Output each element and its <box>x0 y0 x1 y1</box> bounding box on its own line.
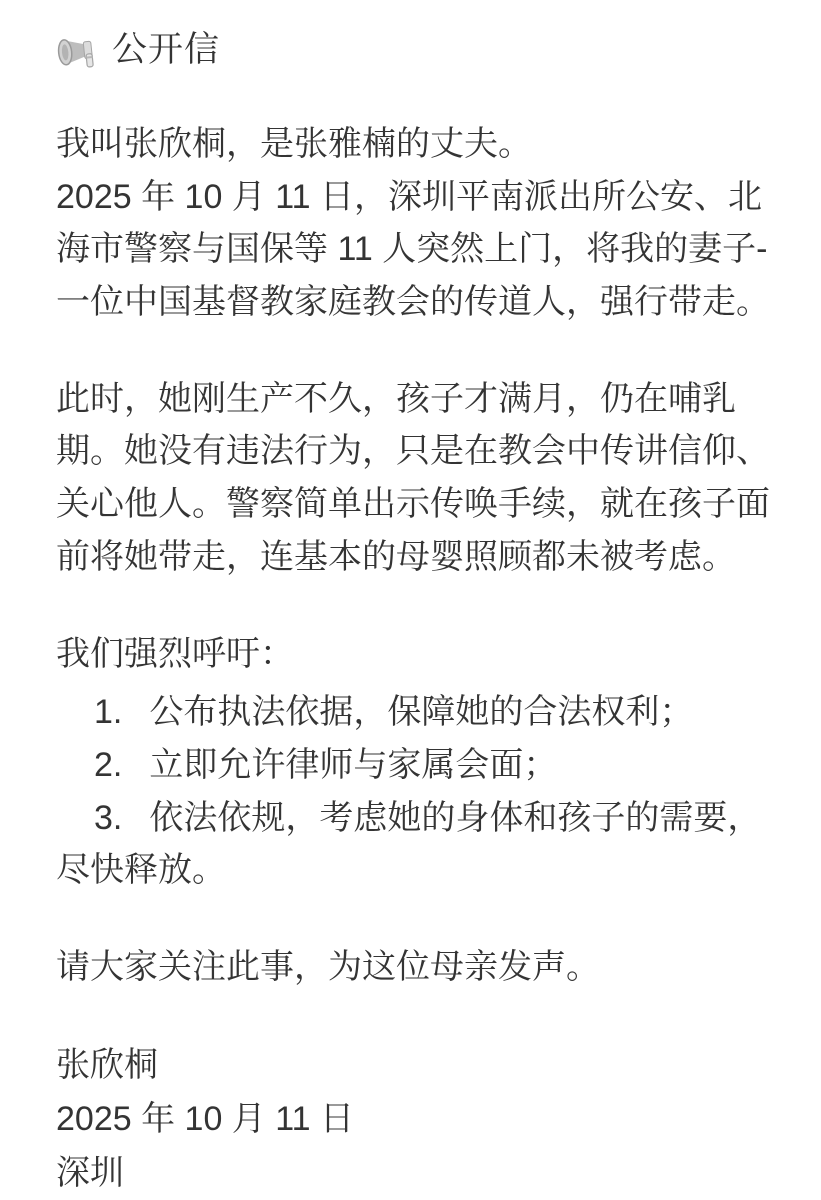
appeal-item-2: 2.立即允许律师与家属会面； <box>56 739 789 792</box>
signature-block: 张欣桐 2025 年 10 月 11 日 深圳 <box>56 1038 789 1200</box>
intro-line-2: 2025 年 10 月 11 日，深圳平南派出所公安、北海市警察与国保等 11 … <box>56 171 789 329</box>
incident-paragraph: 此时，她刚生产不久，孩子才满月，仍在哺乳期。她没有违法行为，只是在教会中传讲信仰… <box>56 373 789 584</box>
appeal-2-text: 立即允许律师与家属会面； <box>122 746 557 784</box>
appeal-2-number: 2. <box>94 746 122 784</box>
appeal-1-text: 公布执法依据，保障她的合法权利； <box>122 693 693 731</box>
appeal-item-1: 1.公布执法依据，保障她的合法权利； <box>56 686 789 739</box>
signature-name: 张欣桐 <box>56 1038 789 1092</box>
megaphone-icon <box>56 28 100 72</box>
signature-place: 深圳 <box>56 1146 789 1200</box>
intro-paragraph: 我叫张欣桐，是张雅楠的丈夫。 2025 年 10 月 11 日，深圳平南派出所公… <box>56 118 789 329</box>
open-letter-document: 公开信 我叫张欣桐，是张雅楠的丈夫。 2025 年 10 月 11 日，深圳平南… <box>0 0 821 1200</box>
appeal-1-number: 1. <box>94 693 122 731</box>
letter-title-row: 公开信 <box>56 28 789 72</box>
closing-paragraph: 请大家关注此事，为这位母亲发声。 <box>56 941 789 994</box>
appeal-3-text: 依法依规，考虑她的身体和孩子的需要，尽快释放。 <box>56 799 761 890</box>
letter-title: 公开信 <box>112 29 220 71</box>
appeals-heading: 我们强烈呼吁： <box>56 628 789 681</box>
appeals-section: 我们强烈呼吁： 1.公布执法依据，保障她的合法权利； 2.立即允许律师与家属会面… <box>56 628 789 897</box>
appeal-3-number: 3. <box>94 799 122 837</box>
appeal-item-3: 3.依法依规，考虑她的身体和孩子的需要，尽快释放。 <box>56 792 789 897</box>
signature-date: 2025 年 10 月 11 日 <box>56 1092 789 1146</box>
intro-line-1: 我叫张欣桐，是张雅楠的丈夫。 <box>56 118 789 171</box>
